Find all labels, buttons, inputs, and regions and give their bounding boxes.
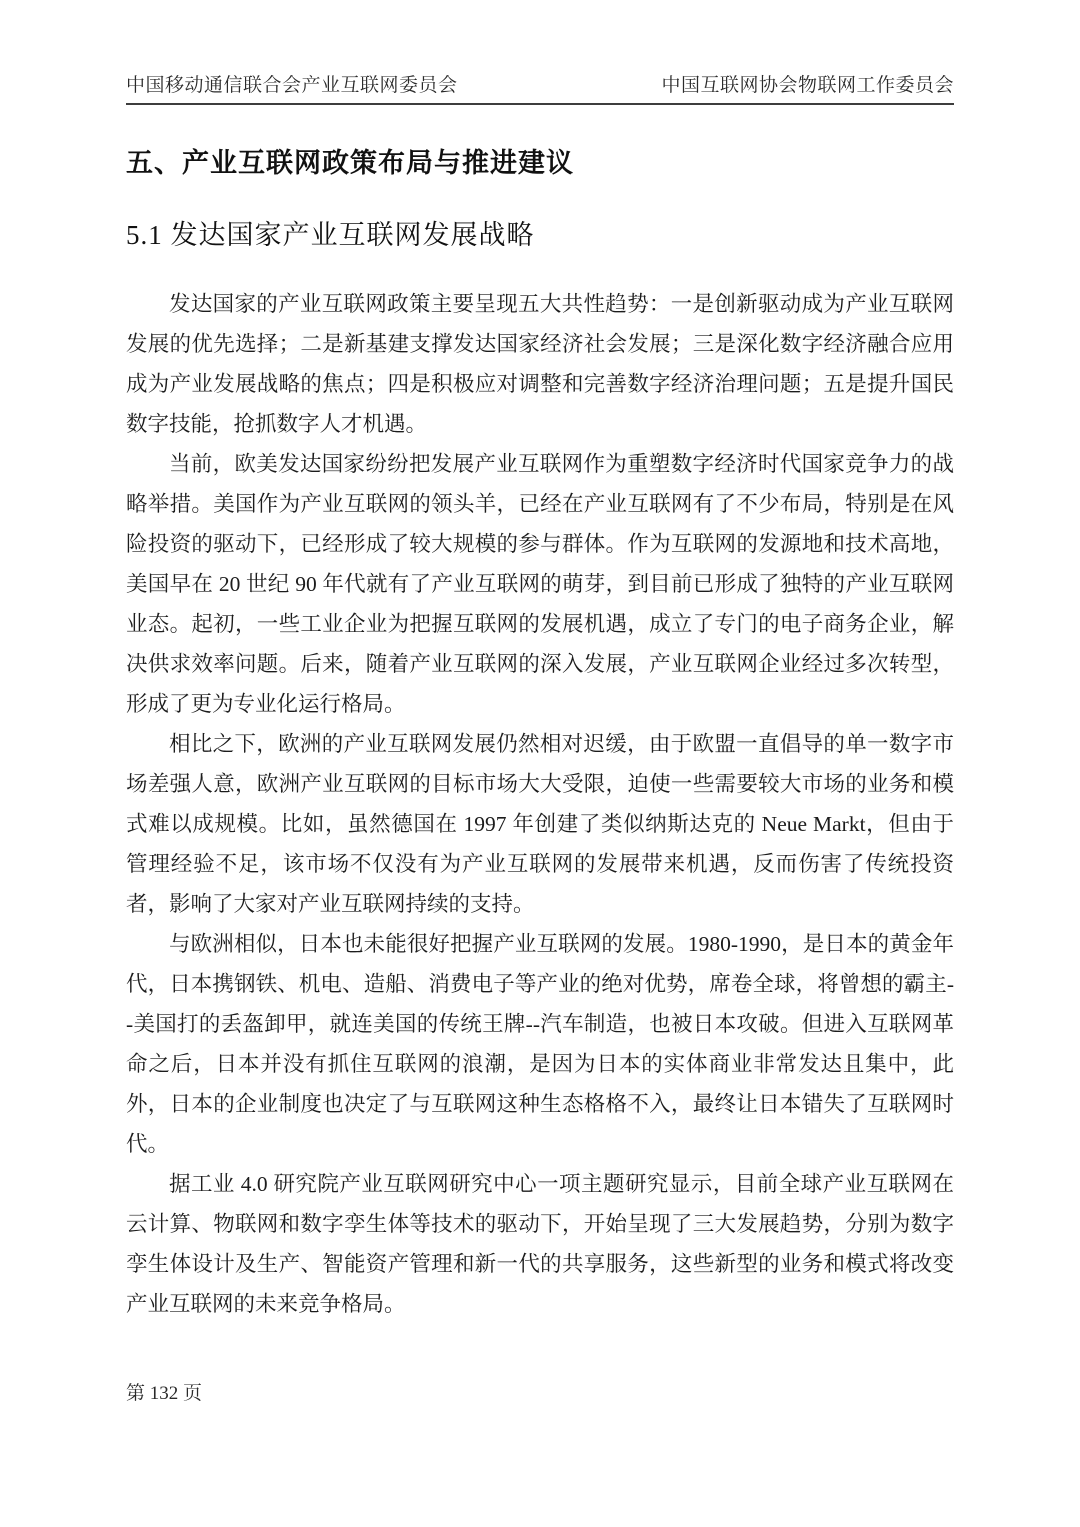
paragraph: 相比之下，欧洲的产业互联网发展仍然相对迟缓，由于欧盟一直倡导的单一数字市场差强人…	[126, 724, 954, 924]
paragraph: 当前，欧美发达国家纷纷把发展产业互联网作为重塑数字经济时代国家竞争力的战略举措。…	[126, 444, 954, 724]
page-content: 中国移动通信联合会产业互联网委员会 中国互联网协会物联网工作委员会 五、产业互联…	[0, 70, 1080, 1324]
document-page: 中国移动通信联合会产业互联网委员会 中国互联网协会物联网工作委员会 五、产业互联…	[0, 0, 1080, 1527]
section-heading: 五、产业互联网政策布局与推进建议	[126, 141, 954, 180]
page-number: 第 132 页	[126, 1378, 202, 1405]
body-text: 发达国家的产业互联网政策主要呈现五大共性趋势：一是创新驱动成为产业互联网发展的优…	[126, 284, 954, 1324]
paragraph: 发达国家的产业互联网政策主要呈现五大共性趋势：一是创新驱动成为产业互联网发展的优…	[126, 284, 954, 444]
paragraph: 据工业 4.0 研究院产业互联网研究中心一项主题研究显示，目前全球产业互联网在云…	[126, 1164, 954, 1324]
header-right-org: 中国互联网协会物联网工作委员会	[661, 70, 954, 97]
paragraph: 与欧洲相似，日本也未能很好把握产业互联网的发展。1980-1990，是日本的黄金…	[126, 924, 954, 1164]
header-left-org: 中国移动通信联合会产业互联网委员会	[126, 70, 458, 97]
subsection-heading: 5.1 发达国家产业互联网发展战略	[126, 213, 954, 252]
page-header: 中国移动通信联合会产业互联网委员会 中国互联网协会物联网工作委员会	[126, 70, 954, 105]
